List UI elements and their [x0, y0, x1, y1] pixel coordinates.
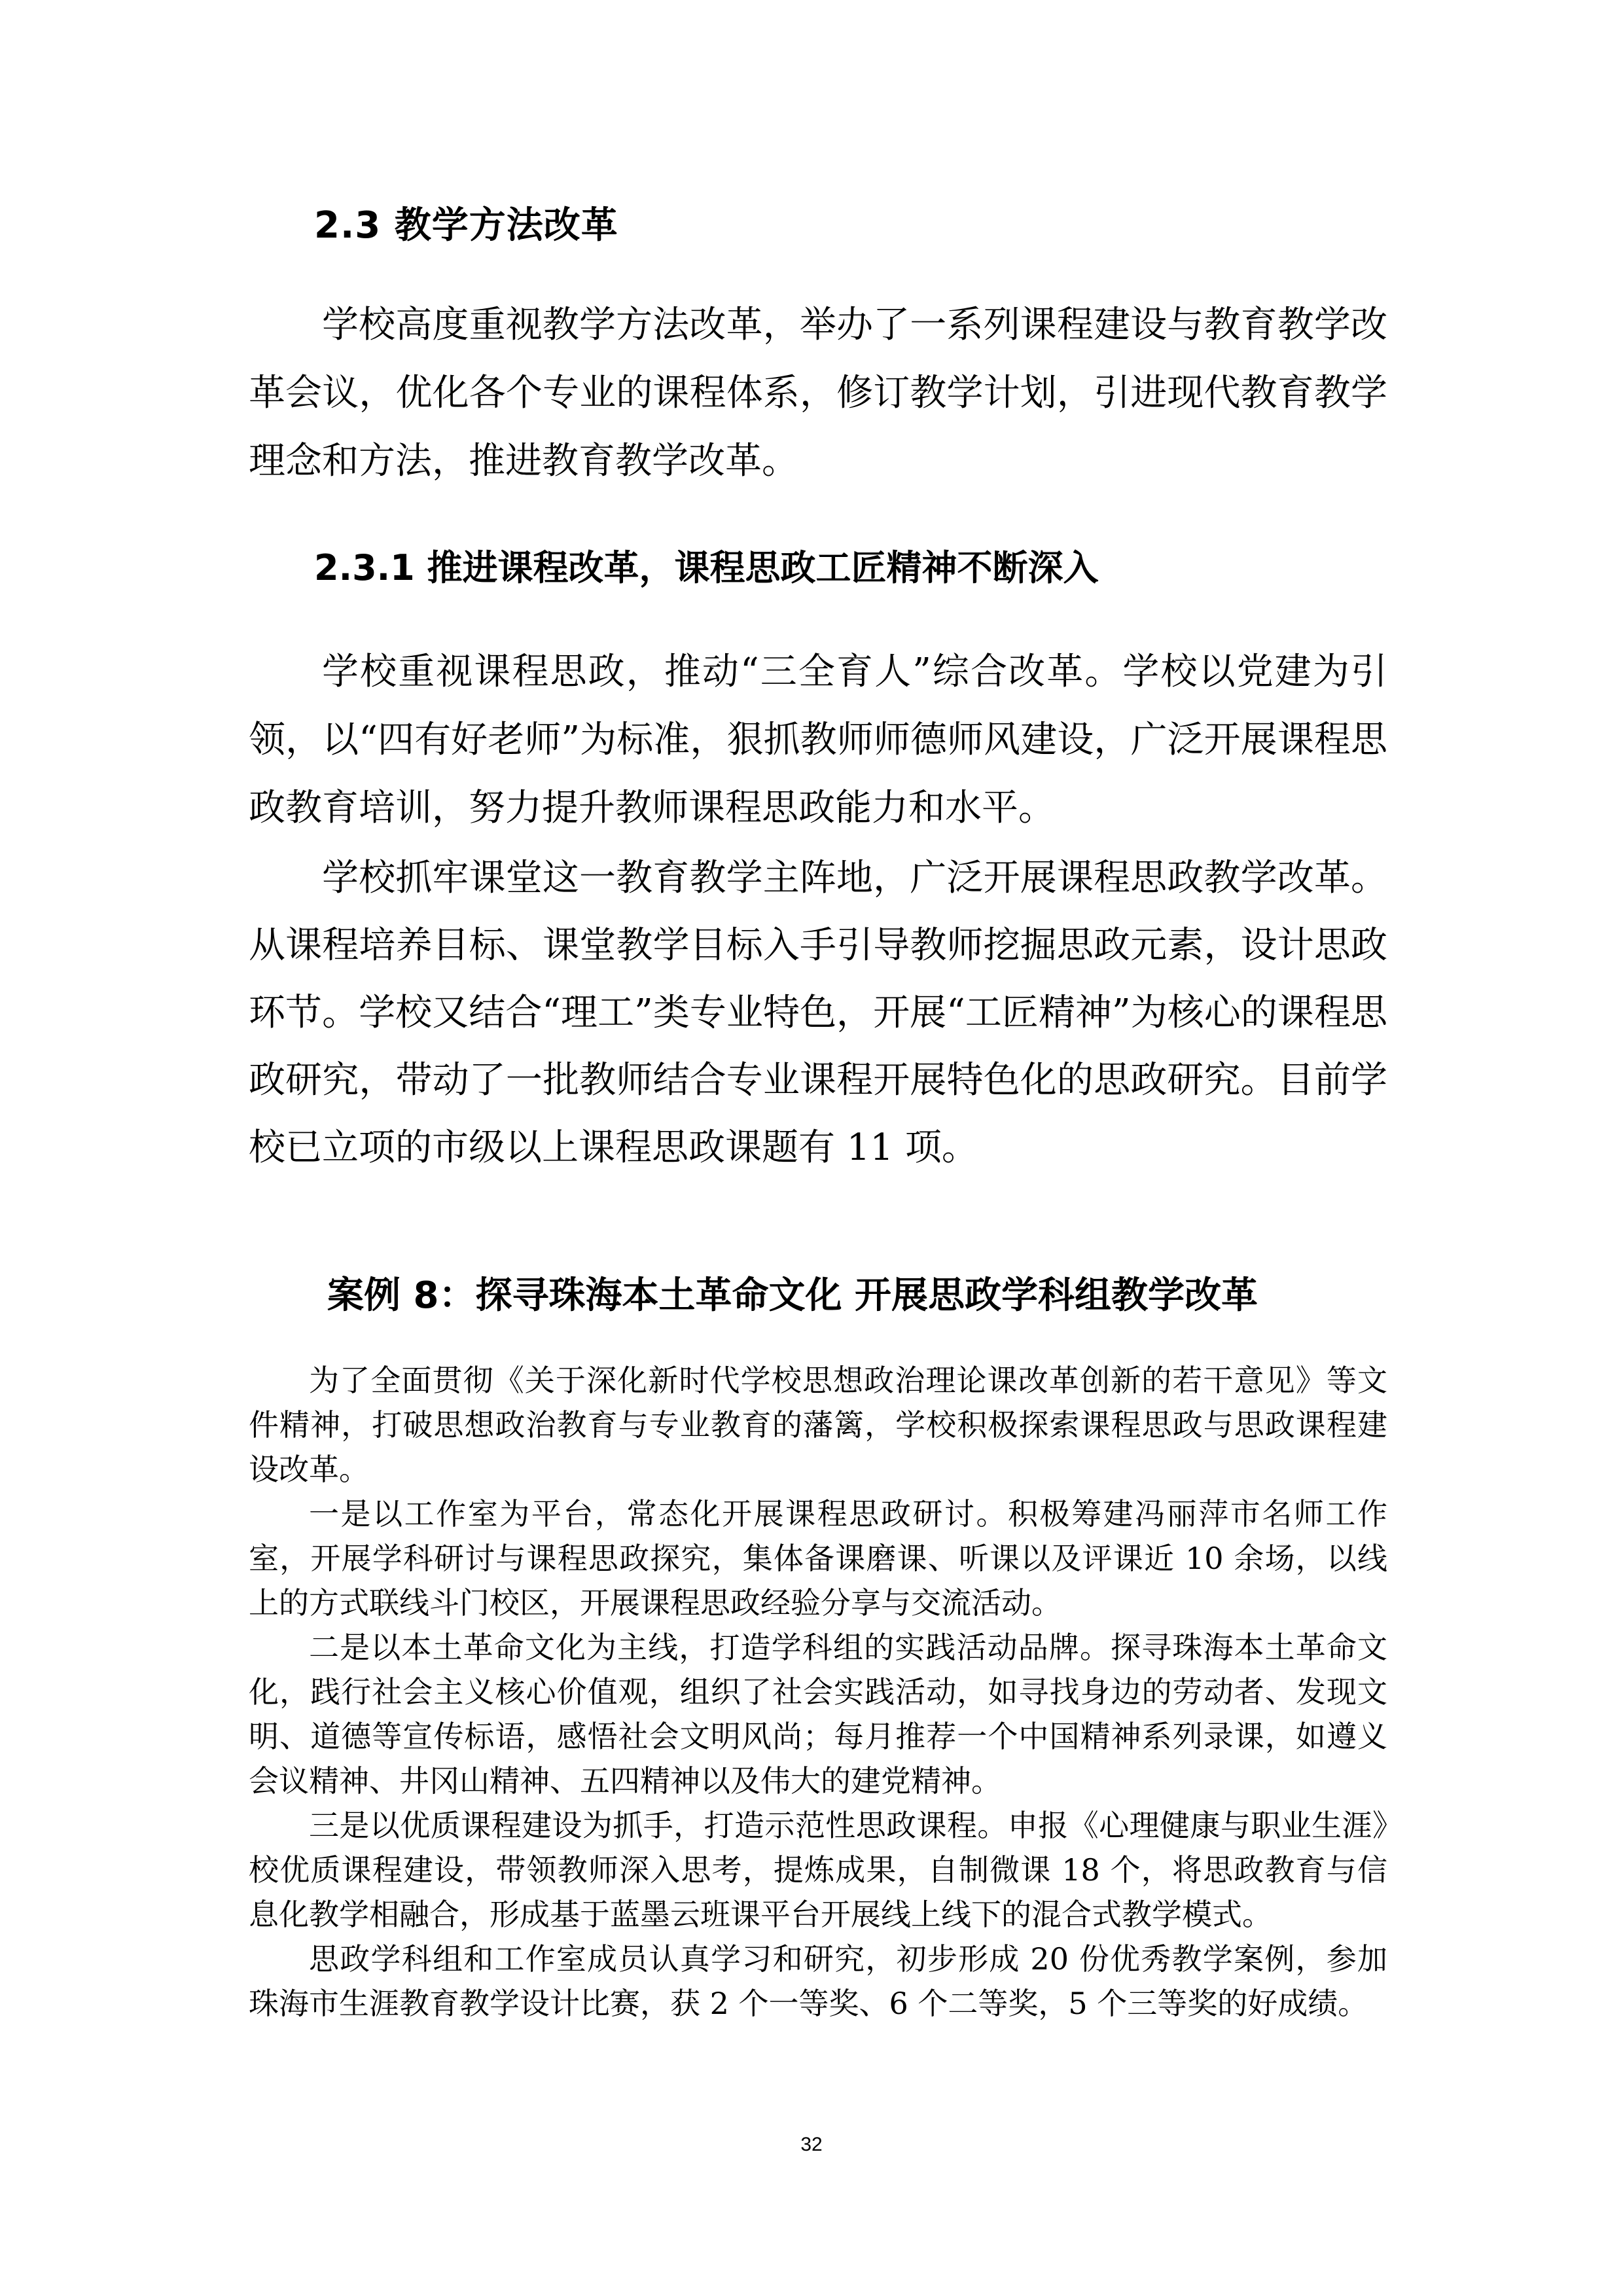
subsection-paragraph-2: 学校抓牢课堂这一教育教学主阵地，广泛开展课程思政教学改革。从课程培养目标、课堂教… [249, 844, 1387, 1181]
subsection-paragraph-1: 学校重视课程思政，推动“三全育人”综合改革。学校以党建为引领，以“四有好老师”为… [249, 638, 1387, 842]
case-paragraph-first-measure: 一是以工作室为平台，常态化开展课程思政研讨。积极筹建冯丽萍市名师工作室，开展学科… [249, 1492, 1387, 1625]
page-number: 32 [0, 2134, 1623, 2156]
section-intro-paragraph: 学校高度重视教学方法改革，举办了一系列课程建设与教育教学改革会议，优化各个专业的… [249, 291, 1387, 495]
section-heading: 2.3 教学方法改革 [314, 196, 618, 249]
case-paragraph-intro: 为了全面贯彻《关于深化新时代学校思想政治理论课改革创新的若干意见》等文件精神，打… [249, 1358, 1387, 1492]
case-title: 案例 8：探寻珠海本土革命文化 开展思政学科组教学改革 [327, 1266, 1258, 1319]
document-page: 2.3 教学方法改革 学校高度重视教学方法改革，举办了一系列课程建设与教育教学改… [0, 0, 1623, 2296]
subsection-heading: 2.3.1 推进课程改革，课程思政工匠精神不断深入 [314, 540, 1099, 590]
case-body: 为了全面贯彻《关于深化新时代学校思想政治理论课改革创新的若干意见》等文件精神，打… [249, 1358, 1387, 2026]
case-paragraph-results: 思政学科组和工作室成员认真学习和研究，初步形成 20 份优秀教学案例，参加珠海市… [249, 1937, 1387, 2026]
case-paragraph-third-measure: 三是以优质课程建设为抓手，打造示范性思政课程。申报《心理健康与职业生涯》校优质课… [249, 1803, 1387, 1937]
case-paragraph-second-measure: 二是以本土革命文化为主线，打造学科组的实践活动品牌。探寻珠海本土革命文化，践行社… [249, 1625, 1387, 1803]
